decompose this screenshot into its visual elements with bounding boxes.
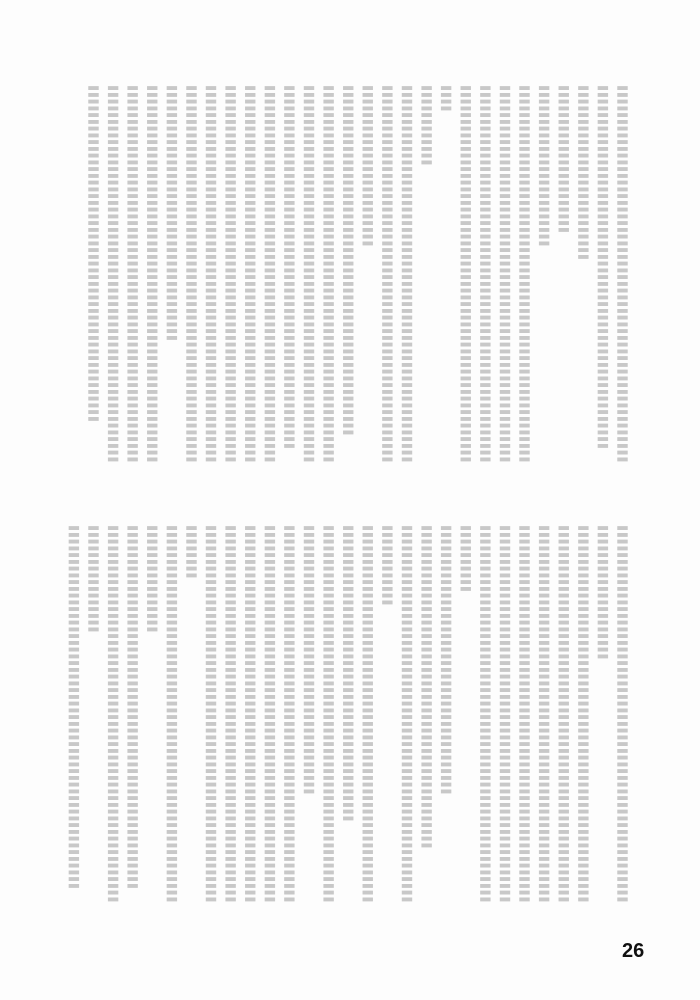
text-column: 〓〓〓〓〓〓〓〓〓〓〓〓〓〓〓〓〓〓〓〓〓〓〓〓〓〓〓〓 [238, 85, 258, 490]
text-column: 〓〓〓〓〓〓〓〓〓〓〓〓〓〓〓〓〓〓〓〓〓〓〓〓〓〓〓 [62, 525, 82, 930]
text-column: 〓〓〓〓〓〓〓〓〓〓〓〓〓〓〓〓〓〓〓〓〓〓〓〓〓〓〓〓 [219, 85, 239, 490]
text-column: 〓〓〓〓〓〓〓〓〓〓〓〓〓〓〓〓〓〓〓〓 [297, 525, 317, 930]
text-column: 〓〓〓〓〓〓〓〓〓〓〓〓〓〓〓〓〓〓〓〓〓〓〓〓〓〓〓〓 [199, 85, 219, 490]
text-column: 〓〓〓〓〓〓 [375, 525, 395, 930]
upper-text-block: 〓〓〓〓〓〓〓〓〓〓〓〓〓〓〓〓〓〓〓〓〓〓〓〓〓〓〓〓〓〓〓〓〓〓〓〓〓〓〓〓… [70, 85, 630, 490]
text-column: 〓〓〓〓〓〓〓〓〓〓〓〓〓〓〓〓〓〓〓〓〓〓〓〓〓〓〓〓 [140, 85, 160, 490]
lower-text-block: 〓〓〓〓〓〓〓〓〓〓〓〓〓〓〓〓〓〓〓〓〓〓〓〓〓〓〓〓〓〓〓〓〓〓〓〓〓〓〓〓… [60, 525, 630, 930]
book-page: 〓〓〓〓〓〓〓〓〓〓〓〓〓〓〓〓〓〓〓〓〓〓〓〓〓〓〓〓〓〓〓〓〓〓〓〓〓〓〓〓… [0, 0, 700, 1000]
text-column: 〓〓〓〓〓〓〓〓〓〓〓〓〓〓〓〓〓〓〓〓〓〓 [336, 525, 356, 930]
text-column: 〓〓〓〓〓〓〓〓〓〓〓〓〓〓〓〓〓〓〓〓〓〓〓〓〓〓〓〓 [317, 525, 337, 930]
text-column: 〓〓〓〓〓〓〓〓〓〓〓〓〓〓〓〓〓〓〓〓〓〓〓〓〓〓〓〓 [258, 525, 278, 930]
text-column: 〓〓〓〓〓〓〓〓〓〓〓〓〓〓〓〓〓〓〓〓〓〓〓〓〓〓〓〓 [356, 525, 376, 930]
text-column: 〓〓〓〓〓〓〓〓〓〓〓〓〓〓〓〓〓〓〓〓〓〓〓〓〓〓〓〓 [493, 525, 513, 930]
text-column: 〓〓〓〓〓〓〓〓〓〓〓〓〓〓〓〓〓〓〓〓〓〓〓〓〓〓〓〓 [493, 85, 513, 490]
text-column: 〓〓〓〓〓〓〓〓 [140, 525, 160, 930]
text-column: 〓〓〓〓〓〓〓〓〓〓〓〓〓 [571, 85, 591, 490]
text-column: 〓〓〓〓〓〓〓〓〓〓〓〓〓〓〓〓〓〓〓〓〓〓〓〓〓〓〓〓 [101, 525, 121, 930]
text-column: 〓〓〓〓〓〓〓〓〓〓〓〓〓〓〓〓〓〓〓〓〓〓〓〓〓〓〓〓 [610, 525, 630, 930]
text-column: 〓〓〓〓〓〓〓〓〓〓〓〓〓〓〓〓〓〓〓〓〓〓〓〓〓〓 [336, 85, 356, 490]
text-column: 〓〓〓〓〓〓 [414, 85, 434, 490]
text-column: 〓〓〓〓〓〓〓〓〓〓〓〓〓〓〓〓〓〓〓〓〓〓〓〓〓〓〓〓 [610, 85, 630, 490]
text-column: 〓〓〓〓〓〓〓〓〓〓〓〓〓〓〓〓〓〓〓〓〓〓〓〓〓〓〓〓 [454, 85, 474, 490]
text-column: 〓〓〓〓〓〓〓〓〓〓〓〓 [532, 85, 552, 490]
text-column: 〓〓〓〓〓〓〓〓〓〓〓〓〓〓〓〓〓〓〓〓〓〓〓〓〓〓〓 [591, 85, 611, 490]
text-column: 〓〓〓〓〓〓〓〓〓〓〓〓〓〓〓〓〓〓〓〓〓〓〓〓〓〓〓〓 [101, 85, 121, 490]
text-column: 〓〓〓〓〓〓〓〓〓〓〓〓〓〓〓〓〓〓〓〓〓〓〓〓〓〓〓〓 [552, 525, 572, 930]
text-column: 〓〓〓〓〓〓〓〓〓〓〓〓〓〓〓〓〓〓〓〓〓〓〓〓〓〓〓〓 [258, 85, 278, 490]
text-column: 〓〓〓〓〓〓〓〓〓〓 [591, 525, 611, 930]
text-column: 〓〓〓〓〓〓〓〓〓〓〓〓〓〓〓〓〓〓〓〓〓〓〓〓〓〓〓〓 [317, 85, 337, 490]
text-column: 〓〓〓〓〓〓〓〓〓〓〓〓〓〓〓〓〓〓〓〓〓〓〓〓〓〓〓 [277, 85, 297, 490]
text-column: 〓〓〓〓〓〓〓〓〓〓〓〓〓〓〓〓〓〓〓〓〓〓〓〓〓〓〓〓 [297, 85, 317, 490]
text-column: 〓〓〓〓〓〓〓〓〓〓〓〓〓〓〓〓〓〓〓 [160, 85, 180, 490]
text-column: 〓〓 [434, 85, 454, 490]
text-column: 〓〓〓〓〓〓〓〓〓〓〓〓〓〓〓〓〓〓〓〓〓〓〓〓〓〓〓〓 [512, 525, 532, 930]
text-column: 〓〓〓〓〓〓〓〓〓〓〓〓〓〓〓〓〓〓〓〓〓〓〓〓〓〓〓〓 [473, 525, 493, 930]
text-column: 〓〓〓〓〓〓〓〓〓〓〓〓〓〓〓〓〓〓〓〓〓〓〓〓〓〓〓〓 [238, 525, 258, 930]
text-column: 〓〓〓〓〓〓〓〓〓〓〓〓〓〓〓〓〓〓〓〓〓〓〓〓〓〓〓〓 [473, 85, 493, 490]
text-column: 〓〓〓〓〓〓〓〓〓〓〓〓〓〓〓〓〓〓〓〓〓〓〓〓〓〓〓〓 [219, 525, 239, 930]
text-column: 〓〓〓〓〓 [454, 525, 474, 930]
text-column: 〓〓〓〓〓〓〓〓〓〓〓〓〓〓〓〓〓〓〓〓〓〓〓〓〓〓〓 [121, 525, 141, 930]
text-column: 〓〓〓〓〓〓〓〓〓〓〓〓〓〓〓〓〓〓〓〓〓〓〓〓〓〓〓〓 [199, 525, 219, 930]
text-column: 〓〓〓〓〓〓〓〓〓〓〓〓〓〓〓〓〓〓〓〓〓〓〓〓〓〓〓〓 [571, 525, 591, 930]
text-column: 〓〓〓〓〓〓〓〓〓〓〓〓〓〓〓〓〓〓〓〓〓〓〓〓〓〓〓〓 [277, 525, 297, 930]
text-column: 〓〓〓〓〓〓〓〓〓〓〓〓〓〓〓〓〓〓〓〓〓〓〓〓〓〓〓〓 [395, 525, 415, 930]
text-column: 〓〓〓〓〓〓〓〓〓〓〓〓〓〓〓〓〓〓〓〓〓〓〓〓〓 [81, 85, 101, 490]
text-column: 〓〓〓〓〓〓〓〓 [81, 525, 101, 930]
text-column: 〓〓〓〓〓〓〓〓〓〓〓〓〓〓〓〓〓〓〓〓〓〓〓〓 [414, 525, 434, 930]
text-column: 〓〓〓〓〓〓〓〓〓〓〓 [552, 85, 572, 490]
page-number: 26 [622, 940, 644, 963]
text-column: 〓〓〓〓〓〓〓〓〓〓〓〓〓〓〓〓〓〓〓〓〓〓〓〓〓〓〓〓 [179, 85, 199, 490]
text-column: 〓〓〓〓〓〓〓〓〓〓〓〓〓〓〓〓〓〓〓〓 [434, 525, 454, 930]
text-column: 〓〓〓〓〓〓〓〓〓〓〓〓 [356, 85, 376, 490]
text-column: 〓〓〓〓〓〓〓〓〓〓〓〓〓〓〓〓〓〓〓〓〓〓〓〓〓〓〓〓 [160, 525, 180, 930]
text-column: 〓〓〓〓〓〓〓〓〓〓〓〓〓〓〓〓〓〓〓〓〓〓〓〓〓〓〓〓 [512, 85, 532, 490]
text-column: 〓〓〓〓 [179, 525, 199, 930]
text-column: 〓〓〓〓〓〓〓〓〓〓〓〓〓〓〓〓〓〓〓〓〓〓〓〓〓〓〓〓 [532, 525, 552, 930]
text-column: 〓〓〓〓〓〓〓〓〓〓〓〓〓〓〓〓〓〓〓〓〓〓〓〓〓〓〓〓 [375, 85, 395, 490]
text-column: 〓〓〓〓〓〓〓〓〓〓〓〓〓〓〓〓〓〓〓〓〓〓〓〓〓〓〓〓 [121, 85, 141, 490]
text-column: 〓〓〓〓〓〓〓〓〓〓〓〓〓〓〓〓〓〓〓〓〓〓〓〓〓〓〓〓 [395, 85, 415, 490]
